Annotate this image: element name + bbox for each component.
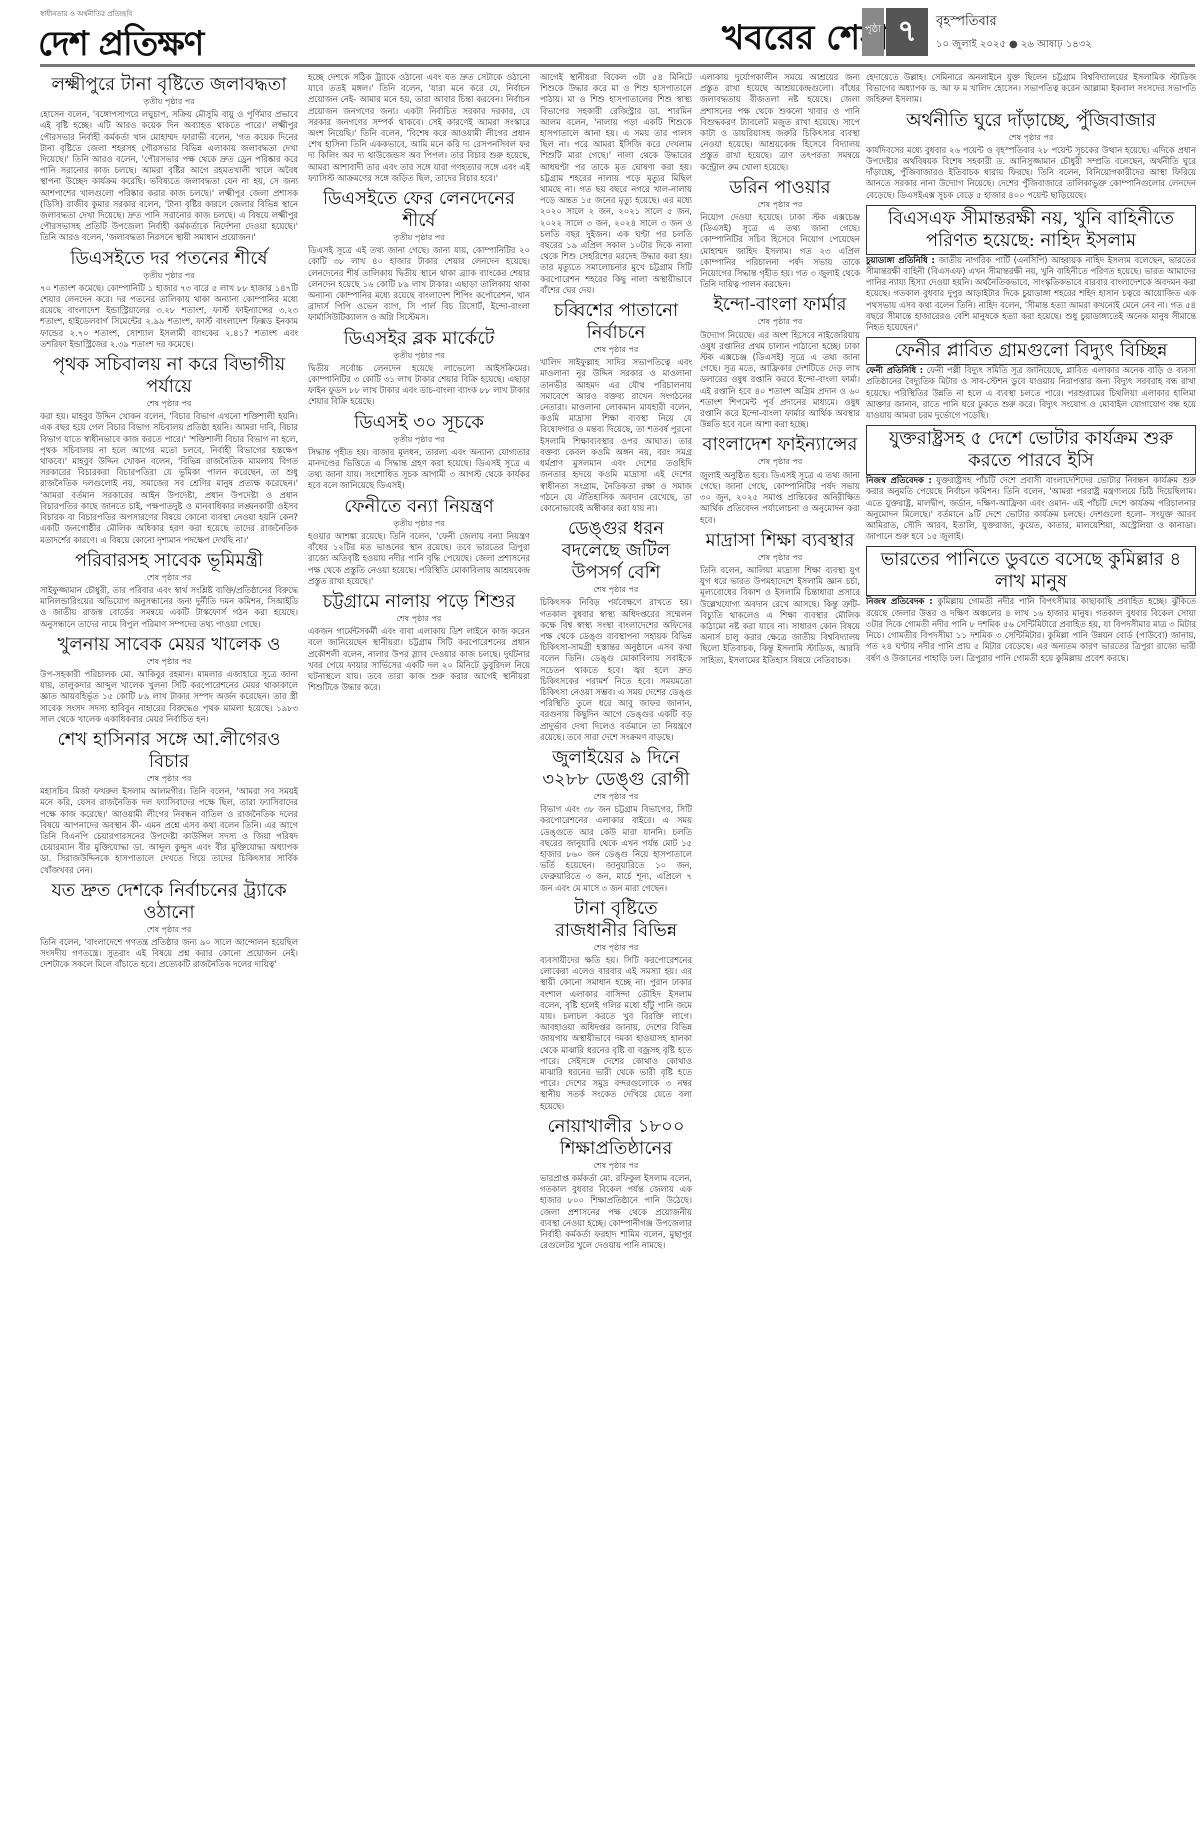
page-label: পৃষ্ঠা <box>862 8 884 56</box>
story-body: ডিএসই সূত্রে এই তথ্য জানা গেছে। জানা যায… <box>308 245 530 323</box>
continued-label: শেষ পৃষ্ঠার পর <box>40 924 298 935</box>
news-story: জুলাইয়ের ৯ দিনে ৩২৮৮ ডেঙ্গু রোগীশেষ পৃষ… <box>540 747 692 894</box>
news-story: ডরিন পাওয়ারশেষ পৃষ্ঠার পরনিয়োগ দেওয়া … <box>700 177 860 291</box>
story-text: হেদায়েতে উল্লাহ। সেমিনারে অনলাইনে যুক্ত… <box>866 72 1196 104</box>
story-headline[interactable]: পৃথক সচিবালয় না করে বিভাগীয় পর্যায়ে <box>40 354 298 398</box>
story-text: দ্বিতীয় সর্বোচ্চ লেনদেন হয়েছে লাভেলো আ… <box>308 363 530 407</box>
story-body: সাইফুজ্জামান চৌধুরী, তার পরিবার এবং স্বা… <box>40 585 298 630</box>
news-story: মাদ্রাসা শিক্ষা ব্যবস্থারশেষ পৃষ্ঠার পরত… <box>700 530 860 666</box>
column-3: আগেই স্থানীয়রা বিকেল ৩টা ৫৪ মিনিটে শিশু… <box>540 72 692 1837</box>
story-body: ব্যবসায়ীদের ক্ষতি হয়। সিটি করপোরেশনের … <box>540 955 692 1112</box>
story-text: উপ-সহকারী পরিচালক মো. আকিবুর রহমান। মামল… <box>40 669 298 724</box>
story-headline[interactable]: ডিএসইতে দর পতনের শীর্ষে <box>40 248 298 270</box>
story-body: হেদায়েতে উল্লাহ। সেমিনারে অনলাইনে যুক্ত… <box>866 72 1196 106</box>
story-headline[interactable]: ডিএসইর ব্লক মার্কেটে <box>308 328 530 350</box>
story-text: করা হয়। মাহবুব উদ্দিন খোকন বলেন, 'বিচার… <box>40 411 298 544</box>
news-story: চব্বিশের পাতানো নির্বাচনেশেষ পৃষ্ঠার পরখ… <box>540 300 692 514</box>
story-headline[interactable]: বাংলাদেশ ফাইন্যান্সের <box>700 434 860 456</box>
date: ১০ জুলাই ২০২৫ ● ২৬ আষাঢ় ১৪৩২ <box>936 37 1092 54</box>
news-story: বিএসএফ সীমান্তরক্ষী নয়, খুনি বাহিনীতে প… <box>866 205 1196 333</box>
continued-label: তৃতীয় পৃষ্ঠার পর <box>308 350 530 361</box>
story-headline[interactable]: চট্টগ্রামে নালায় পড়ে শিশুর <box>308 591 530 613</box>
continued-label: শেষ পৃষ্ঠার পর <box>40 398 298 409</box>
byline: নিজস্ব প্রতিবেদক : <box>866 596 933 606</box>
story-headline[interactable]: অর্থনীতি ঘুরে দাঁড়াচ্ছে, পুঁজিবাজার <box>866 110 1196 132</box>
story-text: জুলাই অনুষ্ঠিত হবে। ডিএসই সূত্রে এ তথ্য … <box>700 470 860 525</box>
news-story: ফেনীতে বন্যা নিয়ন্ত্রণতৃতীয় পৃষ্ঠার পর… <box>308 496 530 587</box>
story-body: ৭০ শতাংশ কমেছে। কোম্পানিটি ১ হাজার ৭৩ বা… <box>40 283 298 350</box>
story-headline[interactable]: জুলাইয়ের ৯ দিনে ৩২৮৮ ডেঙ্গু রোগী <box>540 747 692 791</box>
column-1: লক্ষ্মীপুরে টানা বৃষ্টিতে জলাবদ্ধতাতৃতীয… <box>40 72 298 1837</box>
news-story: চট্টগ্রামে নালায় পড়ে শিশুরশেষ পৃষ্ঠার … <box>308 591 530 693</box>
story-body: খালিদ সাইফুল্লাহ সাদির সভাপতিত্বে এবং মা… <box>540 357 692 514</box>
news-story: খুলনায় সাবেক মেয়র খালেক ওশেষ পৃষ্ঠার প… <box>40 634 298 725</box>
column-5: হেদায়েতে উল্লাহ। সেমিনারে অনলাইনে যুক্ত… <box>866 72 1196 1837</box>
story-headline[interactable]: ফেনীর প্লাবিত গ্রামগুলো বিদ্যুৎ বিচ্ছিন্… <box>866 337 1196 365</box>
story-body: একজন গার্মেন্টসকর্মী এবং বাবা এলাকায় ডি… <box>308 626 530 693</box>
story-body: ফেনী প্রতিনিধি : ফেনী পল্লী বিদ্যুৎ সমিত… <box>866 365 1196 421</box>
news-story: যত দ্রুত দেশকে নির্বাচনের ট্র্যাকে ওঠানো… <box>40 880 298 971</box>
story-text: সাইফুজ্জামান চৌধুরী, তার পরিবার এবং স্বা… <box>40 585 298 629</box>
byline: ফেনী প্রতিনিধি : <box>866 365 923 375</box>
story-text: হওয়ার আশঙ্কা রয়েছে। তিনি বলেন, 'ফেনী জ… <box>308 531 530 586</box>
continued-label: তৃতীয় পৃষ্ঠার পর <box>308 232 530 243</box>
story-body: মহাসচিব মির্জা ফখরুল ইসলাম আলমগীর। তিনি … <box>40 786 298 876</box>
story-headline[interactable]: খুলনায় সাবেক মেয়র খালেক ও <box>40 634 298 656</box>
news-story: যুক্তরাষ্ট্রসহ ৫ দেশে ভোটার কার্যক্রম শু… <box>866 425 1196 542</box>
continued-label: শেষ পৃষ্ঠার পর <box>540 584 692 595</box>
news-story: টানা বৃষ্টিতে রাজধানীর বিভিন্নশেষ পৃষ্ঠা… <box>540 898 692 1112</box>
news-story: হেদায়েতে উল্লাহ। সেমিনারে অনলাইনে যুক্ত… <box>866 72 1196 106</box>
story-text: এলাকায় দুর্যোগকালীন সময়ে আশ্রয়ের জন্য… <box>700 72 860 172</box>
story-text: ডিএসই সূত্রে এই তথ্য জানা গেছে। জানা যায… <box>308 245 530 322</box>
story-text: জাতীয় নাগরিক পার্টি (এনসিপি) আহ্বায়ক ন… <box>866 255 1196 332</box>
story-text: সিদ্ধান্ত গৃহীত হয়। বাজার মূলধন, তারল্য… <box>308 447 530 491</box>
story-text: ভারপ্রাপ্ত কর্মকর্তা মো. রফিকুল ইসলাম বল… <box>540 1173 692 1250</box>
story-headline[interactable]: ইন্দো-বাংলা ফার্মার <box>700 294 860 316</box>
story-headline[interactable]: শেখ হাসিনার সঙ্গে আ.লীগেরও বিচার <box>40 729 298 773</box>
continued-label: শেষ পৃষ্ঠার পর <box>540 1160 692 1171</box>
story-body: নিজস্ব প্রতিবেদক : কুমিল্লায় গোমতী নদীর… <box>866 596 1196 663</box>
continued-label: শেষ পৃষ্ঠার পর <box>40 572 298 583</box>
story-text: বিভাগ এবং ৩৮ জন চট্টগ্রাম বিভাগের, সিটি … <box>540 804 692 892</box>
column-2: হচ্ছে দেশকে সঠিক ট্র্যাকে ওঠানো এবং যত দ… <box>308 72 530 1837</box>
story-headline[interactable]: ডিএসই ৩০ সূচকে <box>308 412 530 434</box>
story-body: উদ্যোগ নিয়েছে। এর অংশ হিসেবে নাইজেরিয়া… <box>700 330 860 431</box>
news-story: ডিএসইর ব্লক মার্কেটেতৃতীয় পৃষ্ঠার পরদ্ব… <box>308 328 530 408</box>
weekday: বৃহস্পতিবার <box>936 14 997 29</box>
continued-label: তৃতীয় পৃষ্ঠার পর <box>308 518 530 529</box>
continued-label: শেষ পৃষ্ঠার পর <box>700 199 860 210</box>
story-headline[interactable]: নোয়াখালীর ১৮০০ শিক্ষাপ্রতিষ্ঠানের <box>540 1116 692 1160</box>
news-story: এলাকায় দুর্যোগকালীন সময়ে আশ্রয়ের জন্য… <box>700 72 860 173</box>
story-body: কার্যদিবসের মধ্যে বুধবার ২৬ পয়েন্ট ও বৃ… <box>866 145 1196 201</box>
story-text: আগেই স্থানীয়রা বিকেল ৩টা ৫৪ মিনিটে শিশু… <box>540 72 692 295</box>
continued-label: তৃতীয় পৃষ্ঠার পর <box>40 270 298 281</box>
story-headline[interactable]: ডিএসইতে ফের লেনদেনের শীর্ষে <box>308 188 530 232</box>
story-body: করা হয়। মাহবুব উদ্দিন খোকন বলেন, 'বিচার… <box>40 411 298 545</box>
story-headline[interactable]: মাদ্রাসা শিক্ষা ব্যবস্থার <box>700 530 860 552</box>
story-headline[interactable]: বিএসএফ সীমান্তরক্ষী নয়, খুনি বাহিনীতে প… <box>866 205 1196 255</box>
story-text: হচ্ছে দেশকে সঠিক ট্র্যাকে ওঠানো এবং যত দ… <box>308 72 530 183</box>
continued-label: শেষ পৃষ্ঠার পর <box>700 316 860 327</box>
news-story: ভারতের পানিতে ডুবতে বসেছে কুমিল্লার ৪ লা… <box>866 546 1196 663</box>
news-story: বাংলাদেশ ফাইন্যান্সেরশেষ পৃষ্ঠার পরজুলাই… <box>700 434 860 525</box>
header-rule <box>40 64 1195 67</box>
continued-label: তৃতীয় পৃষ্ঠার পর <box>40 96 298 107</box>
story-text: কার্যদিবসের মধ্যে বুধবার ২৬ পয়েন্ট ও বৃ… <box>866 145 1196 200</box>
story-body: নিজস্ব প্রতিবেদক : যুক্তরাষ্ট্রসহ পাঁচটি… <box>866 475 1196 542</box>
story-headline[interactable]: পরিবারসহ সাবেক ভূমিমন্ত্রী <box>40 550 298 572</box>
dateline: বৃহস্পতিবার ১০ জুলাই ২০২৫ ● ২৬ আষাঢ় ১৪৩… <box>936 12 1092 54</box>
continued-label: শেষ পৃষ্ঠার পর <box>700 552 860 563</box>
page-number: ৭ <box>886 8 928 56</box>
continued-label: শেষ পৃষ্ঠার পর <box>540 791 692 802</box>
story-text: মহাসচিব মির্জা ফখরুল ইসলাম আলমগীর। তিনি … <box>40 786 298 874</box>
story-body: তিনি বলেন, 'বাংলাদেশে গণতন্ত্র প্রতিষ্ঠা… <box>40 937 298 971</box>
story-headline[interactable]: ভারতের পানিতে ডুবতে বসেছে কুমিল্লার ৪ লা… <box>866 546 1196 596</box>
news-story: ডিএসইতে ফের লেনদেনের শীর্ষেতৃতীয় পৃষ্ঠা… <box>308 188 530 324</box>
story-body: নিয়োগ দেওয়া হয়েছে। ঢাকা স্টক এক্সচেঞ্… <box>700 212 860 290</box>
news-story: অর্থনীতি ঘুরে দাঁড়াচ্ছে, পুঁজিবাজারশেষ … <box>866 110 1196 201</box>
story-headline[interactable]: ডেঙ্গুর ধরন বদলেছে জটিল উপসর্গ বেশি <box>540 518 692 584</box>
continued-label: শেষ পৃষ্ঠার পর <box>40 773 298 784</box>
story-body: এলাকায় দুর্যোগকালীন সময়ে আশ্রয়ের জন্য… <box>700 72 860 173</box>
story-text: ব্যবসায়ীদের ক্ষতি হয়। সিটি করপোরেশনের … <box>540 955 692 1111</box>
continued-label: শেষ পৃষ্ঠার পর <box>540 942 692 953</box>
news-story: আগেই স্থানীয়রা বিকেল ৩টা ৫৪ মিনিটে শিশু… <box>540 72 692 296</box>
continued-label: শেষ পৃষ্ঠার পর <box>40 656 298 667</box>
story-text: একজন গার্মেন্টসকর্মী এবং বাবা এলাকায় ডি… <box>308 626 530 692</box>
story-body: উপ-সহকারী পরিচালক মো. আকিবুর রহমান। মামল… <box>40 669 298 725</box>
story-headline[interactable]: টানা বৃষ্টিতে রাজধানীর বিভিন্ন <box>540 898 692 942</box>
masthead: স্বাধীনতার ও অর্থনীতির প্রতিচ্ছবি দেশ প্… <box>0 0 1200 62</box>
story-body: চিকিৎসক নিবিড় পর্যবেক্ষণে রাখতে হয়। গত… <box>540 597 692 743</box>
story-body: দ্বিতীয় সর্বোচ্চ লেনদেন হয়েছে লাভেলো আ… <box>308 363 530 408</box>
story-body: হচ্ছে দেশকে সঠিক ট্র্যাকে ওঠানো এবং যত দ… <box>308 72 530 184</box>
story-body: সিদ্ধান্ত গৃহীত হয়। বাজার মূলধন, তারল্য… <box>308 447 530 492</box>
news-story: শেখ হাসিনার সঙ্গে আ.লীগেরও বিচারশেষ পৃষ্… <box>40 729 298 876</box>
story-headline[interactable]: চব্বিশের পাতানো নির্বাচনে <box>540 300 692 344</box>
story-text: উদ্যোগ নিয়েছে। এর অংশ হিসেবে নাইজেরিয়া… <box>700 330 860 430</box>
continued-label: শেষ পৃষ্ঠার পর <box>866 132 1196 143</box>
story-body: হোসেন বলেন, 'বঙ্গোপসাগরে লঘুচাপ, সক্রিয়… <box>40 109 298 243</box>
story-body: তিনি বলেন, আলিয়া মাদ্রাসা শিক্ষা ব্যবস্… <box>700 565 860 666</box>
story-text: চিকিৎসক নিবিড় পর্যবেক্ষণে রাখতে হয়। গত… <box>540 597 692 741</box>
story-body: আগেই স্থানীয়রা বিকেল ৩টা ৫৪ মিনিটে শিশু… <box>540 72 692 296</box>
story-body: হওয়ার আশঙ্কা রয়েছে। তিনি বলেন, 'ফেনী জ… <box>308 531 530 587</box>
news-story: ডেঙ্গুর ধরন বদলেছে জটিল উপসর্গ বেশিশেষ প… <box>540 518 692 743</box>
news-story: পৃথক সচিবালয় না করে বিভাগীয় পর্যায়েশে… <box>40 354 298 546</box>
column-4: এলাকায় দুর্যোগকালীন সময়ে আশ্রয়ের জন্য… <box>700 72 860 1837</box>
news-story: ফেনীর প্লাবিত গ্রামগুলো বিদ্যুৎ বিচ্ছিন্… <box>866 337 1196 421</box>
story-text: তিনি বলেন, আলিয়া মাদ্রাসা শিক্ষা ব্যবস্… <box>700 565 860 665</box>
story-headline[interactable]: ডরিন পাওয়ার <box>700 177 860 199</box>
news-story: নোয়াখালীর ১৮০০ শিক্ষাপ্রতিষ্ঠানেরশেষ পৃ… <box>540 1116 692 1252</box>
news-story: লক্ষ্মীপুরে টানা বৃষ্টিতে জলাবদ্ধতাতৃতীয… <box>40 74 298 244</box>
story-body: জুলাই অনুষ্ঠিত হবে। ডিএসই সূত্রে এ তথ্য … <box>700 470 860 526</box>
news-story: ডিএসইতে দর পতনের শীর্ষেতৃতীয় পৃষ্ঠার পর… <box>40 248 298 350</box>
story-text: ৭০ শতাংশ কমেছে। কোম্পানিটি ১ হাজার ৭৩ বা… <box>40 283 298 349</box>
story-headline[interactable]: যুক্তরাষ্ট্রসহ ৫ দেশে ভোটার কার্যক্রম শু… <box>866 425 1196 475</box>
byline: নিজস্ব প্রতিবেদক : <box>866 475 932 485</box>
news-story: হচ্ছে দেশকে সঠিক ট্র্যাকে ওঠানো এবং যত দ… <box>308 72 530 184</box>
news-story: ইন্দো-বাংলা ফার্মারশেষ পৃষ্ঠার পরউদ্যোগ … <box>700 294 860 430</box>
story-text: হোসেন বলেন, 'বঙ্গোপসাগরে লঘুচাপ, সক্রিয়… <box>40 109 298 242</box>
news-story: পরিবারসহ সাবেক ভূমিমন্ত্রীশেষ পৃষ্ঠার পর… <box>40 550 298 630</box>
story-body: বিভাগ এবং ৩৮ জন চট্টগ্রাম বিভাগের, সিটি … <box>540 804 692 894</box>
story-headline[interactable]: লক্ষ্মীপুরে টানা বৃষ্টিতে জলাবদ্ধতা <box>40 74 298 96</box>
continued-label: শেষ পৃষ্ঠার পর <box>700 456 860 467</box>
story-text: তিনি বলেন, 'বাংলাদেশে গণতন্ত্র প্রতিষ্ঠা… <box>40 937 298 969</box>
story-body: ভারপ্রাপ্ত কর্মকর্তা মো. রফিকুল ইসলাম বল… <box>540 1173 692 1251</box>
story-text: নিয়োগ দেওয়া হয়েছে। ঢাকা স্টক এক্সচেঞ্… <box>700 212 860 289</box>
story-body: চুয়াডাঙ্গা প্রতিনিধি : জাতীয় নাগরিক পা… <box>866 255 1196 333</box>
story-headline[interactable]: ফেনীতে বন্যা নিয়ন্ত্রণ <box>308 496 530 518</box>
byline: চুয়াডাঙ্গা প্রতিনিধি : <box>866 255 935 265</box>
continued-label: তৃতীয় পৃষ্ঠার পর <box>308 434 530 445</box>
continued-label: শেষ পৃষ্ঠার পর <box>308 613 530 624</box>
continued-label: শেষ পৃষ্ঠার পর <box>540 344 692 355</box>
story-headline[interactable]: যত দ্রুত দেশকে নির্বাচনের ট্র্যাকে ওঠানো <box>40 880 298 924</box>
news-story: ডিএসই ৩০ সূচকেতৃতীয় পৃষ্ঠার পরসিদ্ধান্ত… <box>308 412 530 492</box>
story-text: খালিদ সাইফুল্লাহ সাদির সভাপতিত্বে এবং মা… <box>540 357 692 513</box>
